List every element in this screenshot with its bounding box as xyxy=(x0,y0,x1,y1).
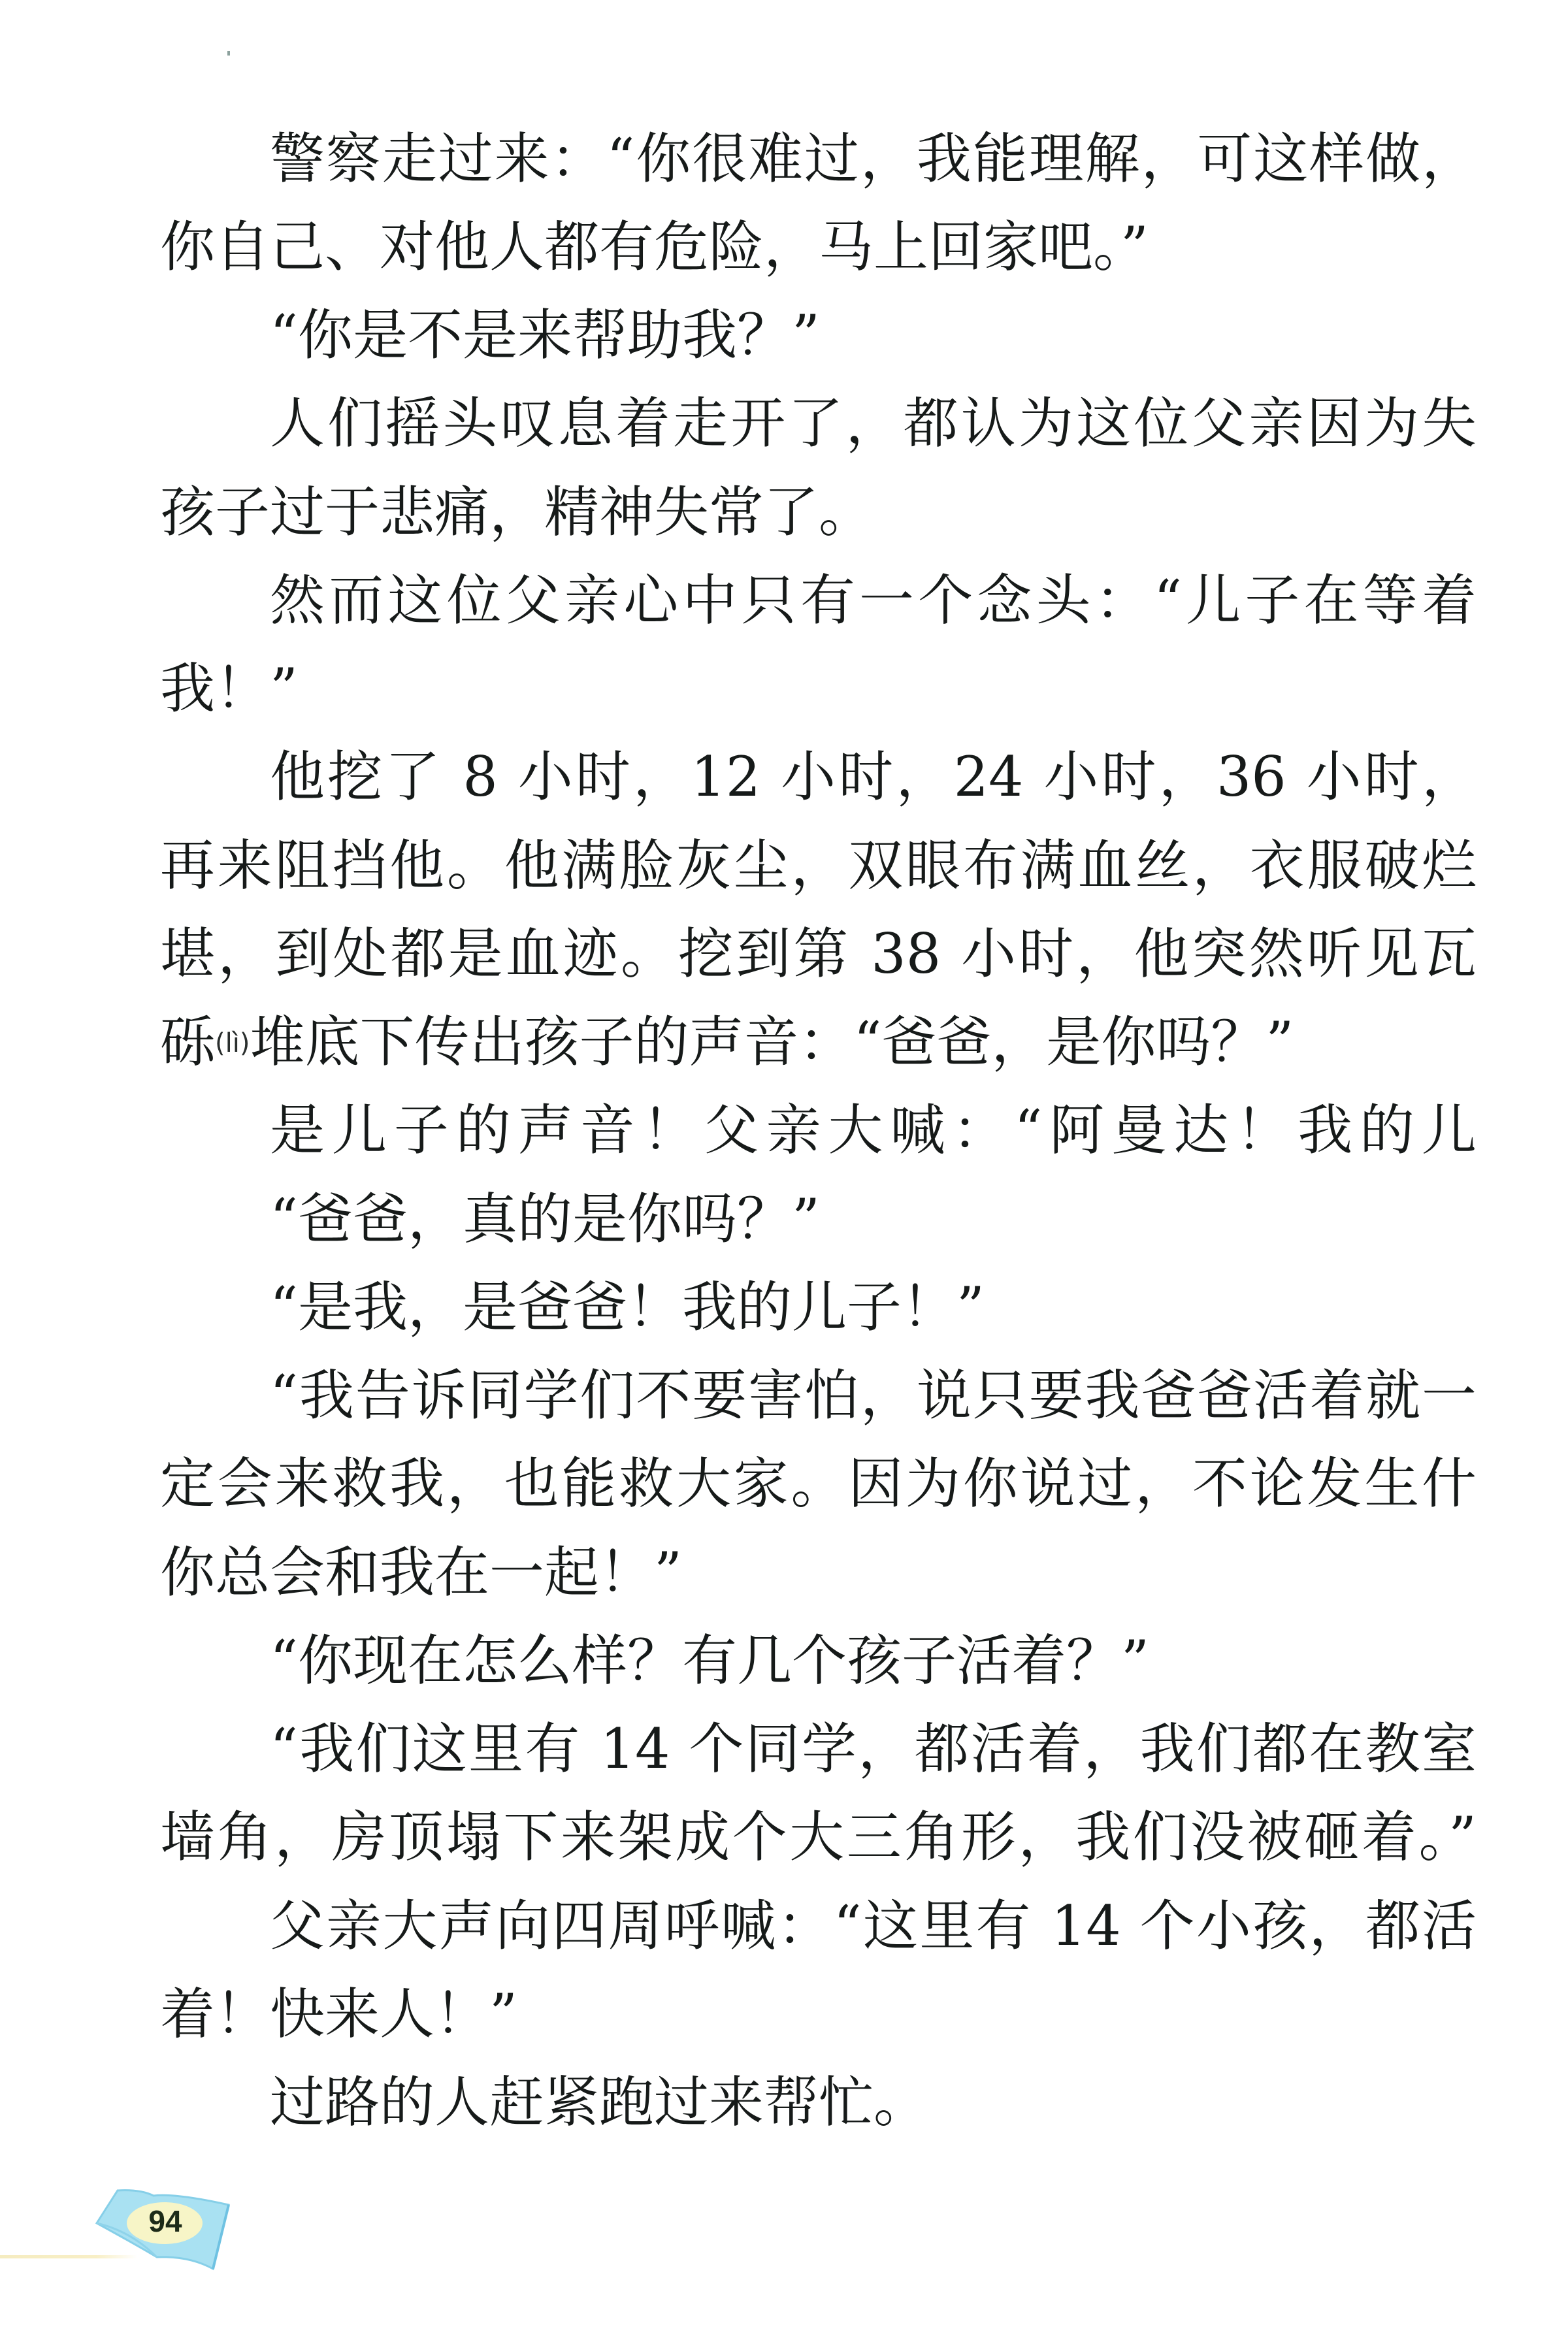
page-number: 94 xyxy=(90,2205,240,2238)
annotated-word: 砾 xyxy=(160,1010,215,1074)
text-line-18: “你现在怎么样？有几个孩子活着？” xyxy=(270,1629,1477,1692)
text-line-15: “我告诉同学们不要害怕，说只要我爸爸活着就一 xyxy=(270,1364,1477,1427)
text-line-3: “你是不是来帮助我？” xyxy=(270,304,1477,366)
text-line-10: 堪，到处都是血迹。挖到第 38 小时，他突然听见瓦 xyxy=(160,922,1477,985)
text-line-11-rest: 堆底下传出孩子的声音：“爸爸，是你吗？” xyxy=(250,1010,1294,1074)
text-line-6: 然而这位父亲心中只有一个念头：“儿子在等着 xyxy=(270,569,1477,632)
text-line-4: 人们摇头叹息着走开了，都认为这位父亲因为失去 xyxy=(270,392,1477,455)
text-line-8: 他挖了 8 小时，12 小时，24 小时，36 小时，没人 xyxy=(270,745,1477,808)
page-number-badge: 94 xyxy=(91,2185,242,2277)
pinyin-annotation: (lì) xyxy=(215,1028,250,1058)
text-line-16: 定会来救我，也能救大家。因为你说过，不论发生什么， xyxy=(160,1452,1477,1515)
text-line-5: 孩子过于悲痛，精神失常了。 xyxy=(160,481,1477,544)
text-line-23: 过路的人赶紧跑过来帮忙。 xyxy=(270,2071,1477,2134)
text-line-13: “爸爸，真的是你吗？” xyxy=(270,1188,1477,1250)
text-line-12: 是儿子的声音！父亲大喊：“阿曼达！我的儿子！” xyxy=(270,1099,1477,1162)
text-line-22: 着！快来人！” xyxy=(160,1983,1477,2045)
text-line-20: 墙角，房顶塌下来架成个大三角形，我们没被砸着。” xyxy=(160,1806,1477,1868)
text-line-2: 你自己、对他人都有危险，马上回家吧。” xyxy=(160,216,1477,278)
text-line-11: 砾(lì)堆底下传出孩子的声音：“爸爸，是你吗？” xyxy=(160,1011,1477,1073)
text-line-14: “是我，是爸爸！我的儿子！” xyxy=(270,1276,1477,1339)
text-line-21: 父亲大声向四周呼喊：“这里有 14 个小孩，都活 xyxy=(270,1895,1477,1957)
text-line-19: “我们这里有 14 个同学，都活着，我们都在教室的 xyxy=(270,1717,1477,1780)
text-line-7: 我！” xyxy=(160,657,1477,720)
story-text: 警察走过来：“你很难过，我能理解，可这样做，对 你自己、对他人都有危险，马上回家… xyxy=(0,0,1568,2221)
text-line-1: 警察走过来：“你很难过，我能理解，可这样做，对 xyxy=(270,127,1477,190)
text-line-9: 再来阻挡他。他满脸灰尘，双眼布满血丝，衣服破烂不 xyxy=(160,834,1477,897)
text-line-17: 你总会和我在一起！” xyxy=(160,1541,1477,1604)
textbook-page: 警察走过来：“你很难过，我能理解，可这样做，对 你自己、对他人都有危险，马上回家… xyxy=(0,0,1568,2344)
